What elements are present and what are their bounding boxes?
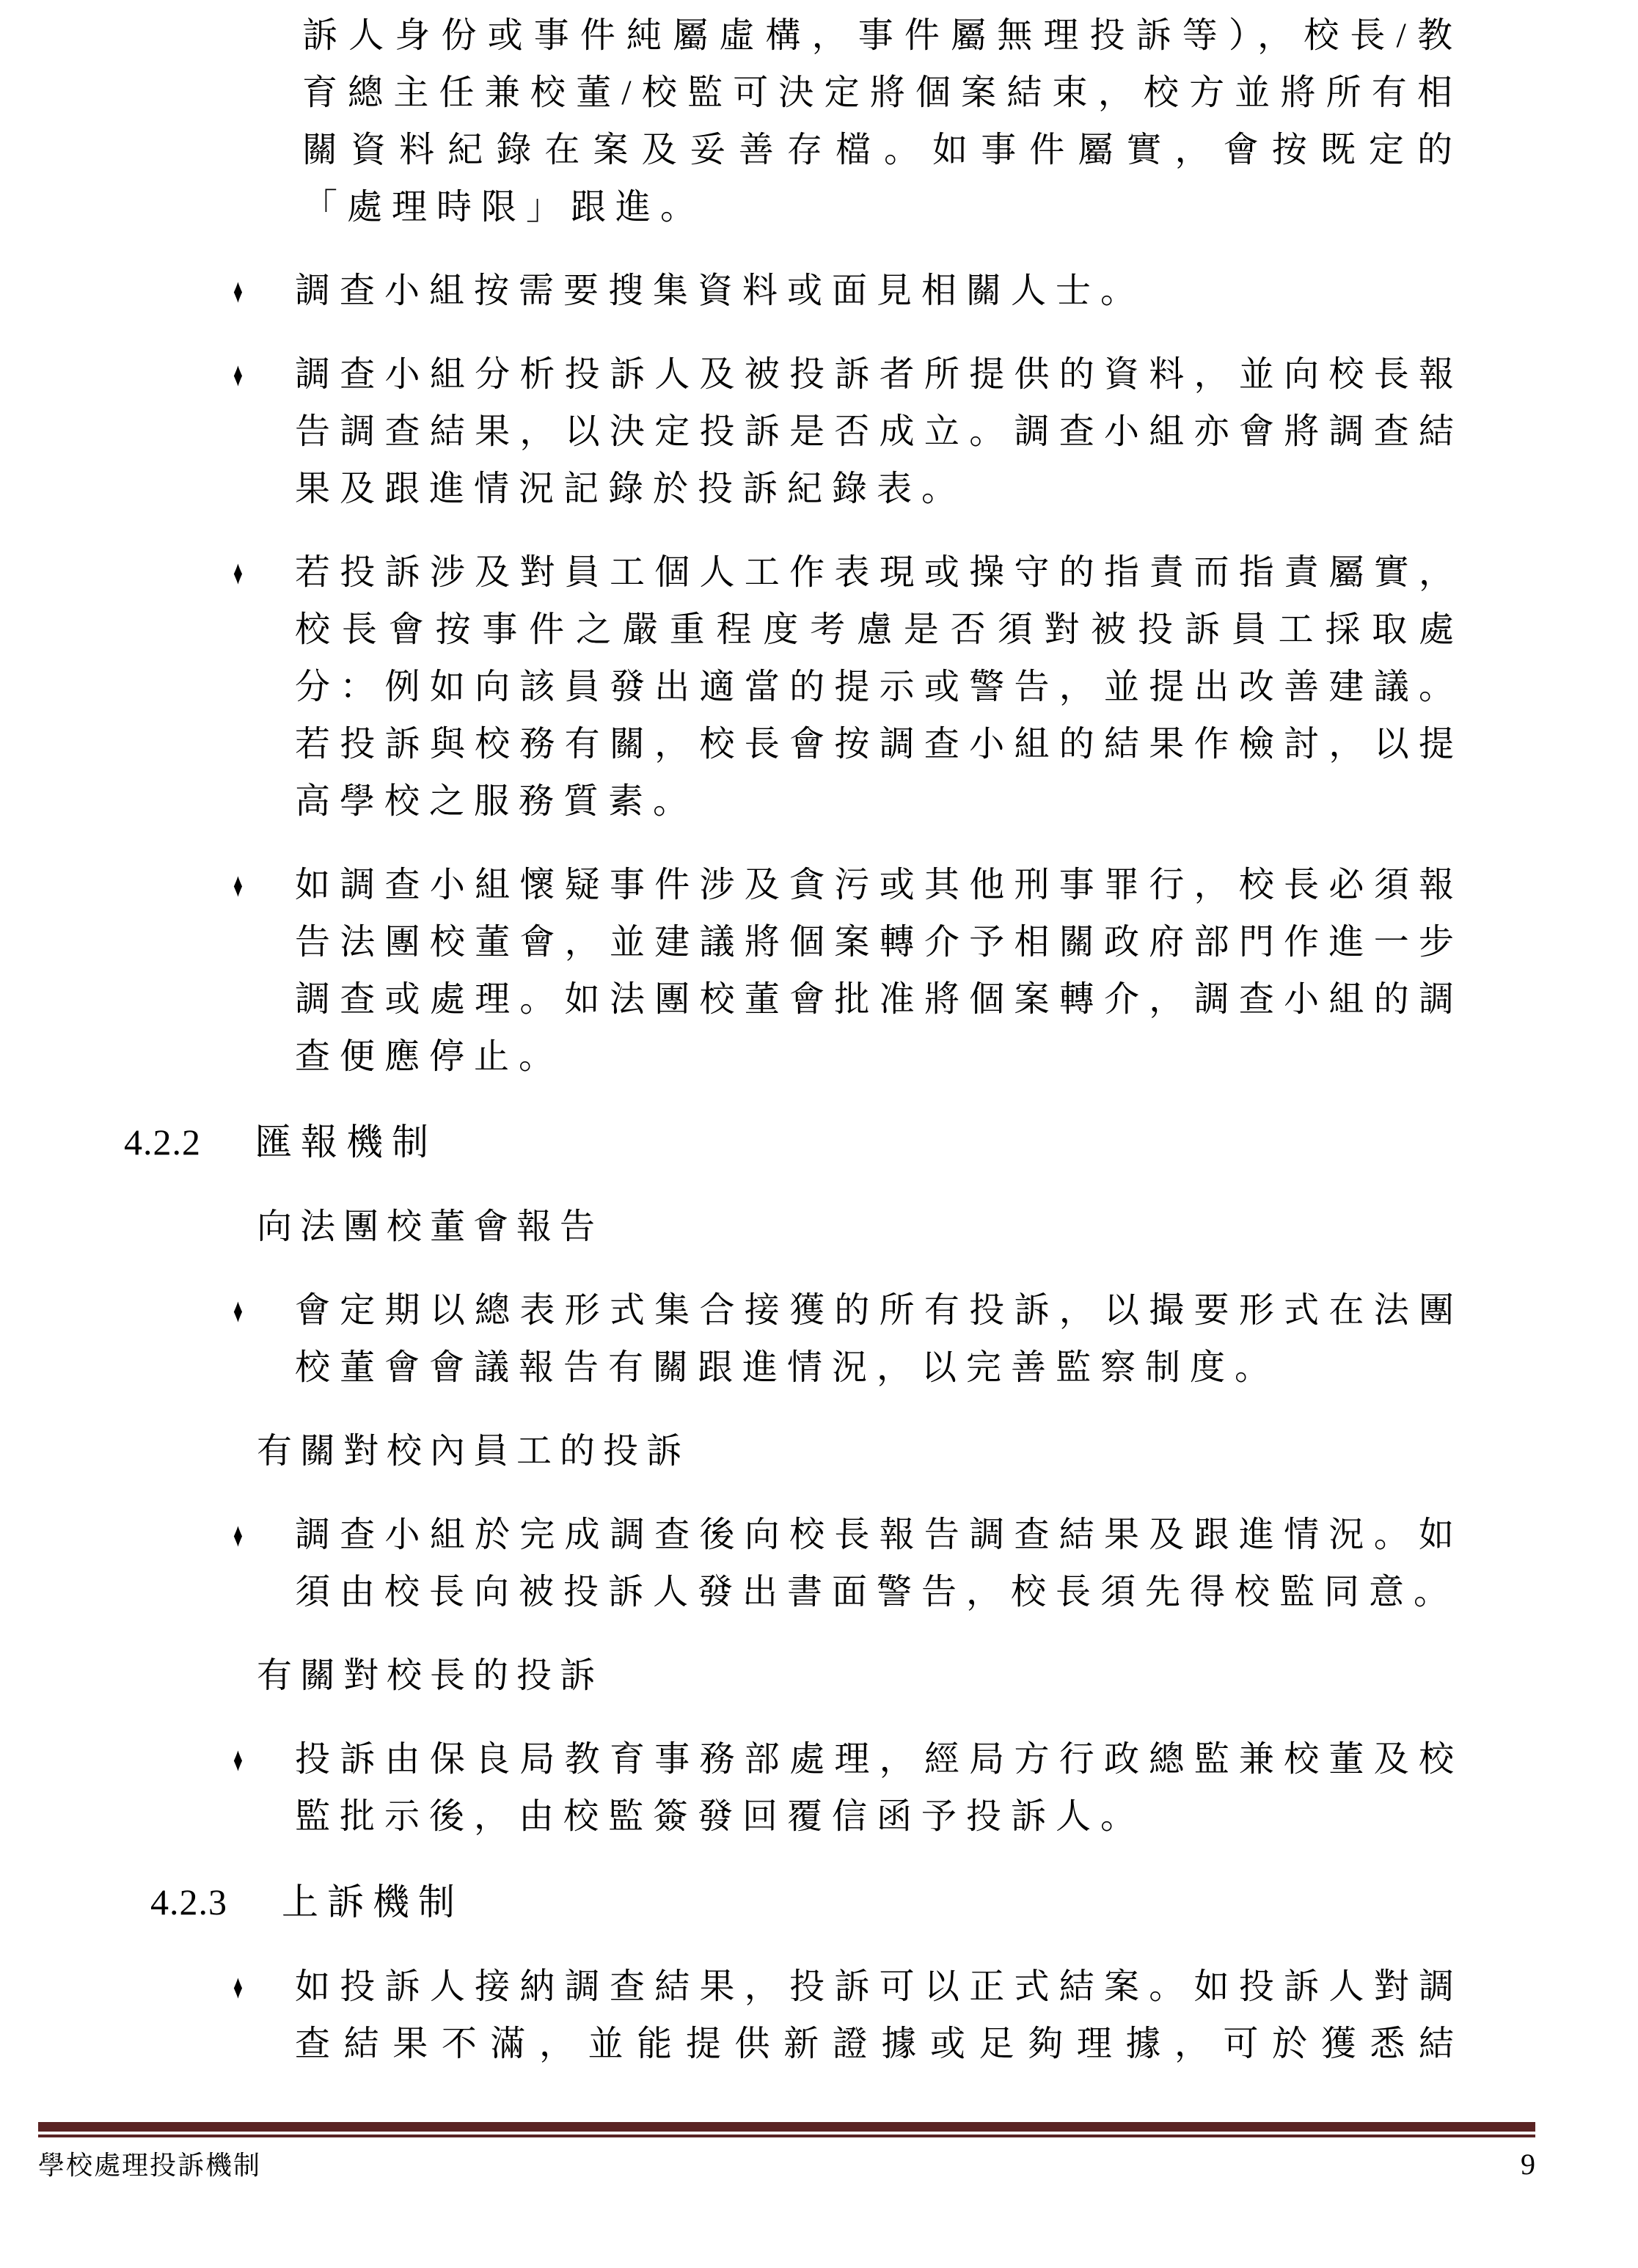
section-title: 匯報機制 (255, 1122, 437, 1163)
bullet-item: ♦ 投訴由保良局教育事務部處理，經局方行政總監兼校董及校監批示後，由校監簽發回覆… (0, 1731, 1638, 1846)
diamond-bullet-icon: ♦ (233, 1282, 295, 1339)
subsection-heading: 有關對校長的投訴 (257, 1647, 1638, 1705)
bullet-text: 投訴由保良局教育事務部處理，經局方行政總監兼校董及校監批示後，由校監簽發回覆信函… (295, 1731, 1463, 1846)
diamond-bullet-icon: ♦ (233, 1731, 295, 1788)
bullet-item: ♦ 調查小組於完成調查後向校長報告調查結果及跟進情況。如須由校長向被投訴人發出書… (0, 1507, 1638, 1621)
bullet-text: 調查小組於完成調查後向校長報告調查結果及跟進情況。如須由校長向被投訴人發出書面警… (295, 1507, 1463, 1621)
diamond-bullet-icon: ♦ (233, 1507, 295, 1564)
footer-rule-thin (38, 2135, 1535, 2137)
section-heading-4-2-2: 4.2.2匯報機制 (124, 1112, 1638, 1172)
bullet-text: 如投訴人接納調查結果，投訴可以正式結案。如投訴人對調查結果不滿，並能提供新證據或… (295, 1958, 1463, 2073)
bullet-text: 會定期以總表形式集合接獲的所有投訴，以撮要形式在法團校董會會議報告有關跟進情況，… (295, 1282, 1463, 1397)
bullet-item: ♦ 調查小組分析投訴人及被投訴者所提供的資料，並向校長報告調查結果，以決定投訴是… (0, 346, 1638, 518)
bullet-text: 如調查小組懷疑事件涉及貪污或其他刑事罪行，校長必須報告法團校董會，並建議將個案轉… (295, 857, 1463, 1086)
document-page: 訴人身份或事件純屬虛構，事件屬無理投訴等），校長/教育總主任兼校董/校監可決定將… (0, 0, 1638, 2268)
diamond-bullet-icon: ♦ (233, 1958, 295, 2016)
section-number: 4.2.3 (150, 1872, 282, 1932)
section-number: 4.2.2 (124, 1112, 255, 1172)
bullet-item: ♦ 若投訴涉及對員工個人工作表現或操守的指責而指責屬實，校長會按事件之嚴重程度考… (0, 544, 1638, 830)
subsection-heading: 向法團校董會報告 (257, 1199, 1638, 1256)
diamond-bullet-icon: ♦ (233, 544, 295, 601)
footer-title: 學校處理投訴機制 (38, 2145, 261, 2182)
bullet-item: ♦ 如投訴人接納調查結果，投訴可以正式結案。如投訴人對調查結果不滿，並能提供新證… (0, 1958, 1638, 2073)
subsection-heading: 有關對校內員工的投訴 (257, 1423, 1638, 1480)
page-number: 9 (1521, 2147, 1535, 2181)
bullet-text: 若投訴涉及對員工個人工作表現或操守的指責而指責屬實，校長會按事件之嚴重程度考慮是… (295, 544, 1463, 830)
footer: 學校處理投訴機制 9 (38, 2122, 1535, 2182)
diamond-bullet-icon: ♦ (233, 857, 295, 914)
bullet-text: 調查小組按需要搜集資料或面見相關人士。 (295, 263, 1463, 320)
diamond-bullet-icon: ♦ (233, 263, 295, 320)
bullet-item: ♦ 如調查小組懷疑事件涉及貪污或其他刑事罪行，校長必須報告法團校董會，並建議將個… (0, 857, 1638, 1086)
section-heading-4-2-3: 4.2.3上訴機制 (150, 1872, 1638, 1932)
bullet-item: ♦ 會定期以總表形式集合接獲的所有投訴，以撮要形式在法團校董會會議報告有關跟進情… (0, 1282, 1638, 1397)
bullet-text: 調查小組分析投訴人及被投訴者所提供的資料，並向校長報告調查結果，以決定投訴是否成… (295, 346, 1463, 518)
bullet-item: ♦ 調查小組按需要搜集資料或面見相關人士。 (0, 263, 1638, 320)
diamond-bullet-icon: ♦ (233, 346, 295, 403)
footer-row: 學校處理投訴機制 9 (38, 2145, 1535, 2182)
section-title: 上訴機制 (282, 1881, 464, 1923)
footer-rule-thick (38, 2122, 1535, 2132)
intro-paragraph: 訴人身份或事件純屬虛構，事件屬無理投訴等），校長/教育總主任兼校董/校監可決定將… (302, 7, 1462, 236)
page-content: 訴人身份或事件純屬虛構，事件屬無理投訴等），校長/教育總主任兼校董/校監可決定將… (0, 0, 1638, 2073)
